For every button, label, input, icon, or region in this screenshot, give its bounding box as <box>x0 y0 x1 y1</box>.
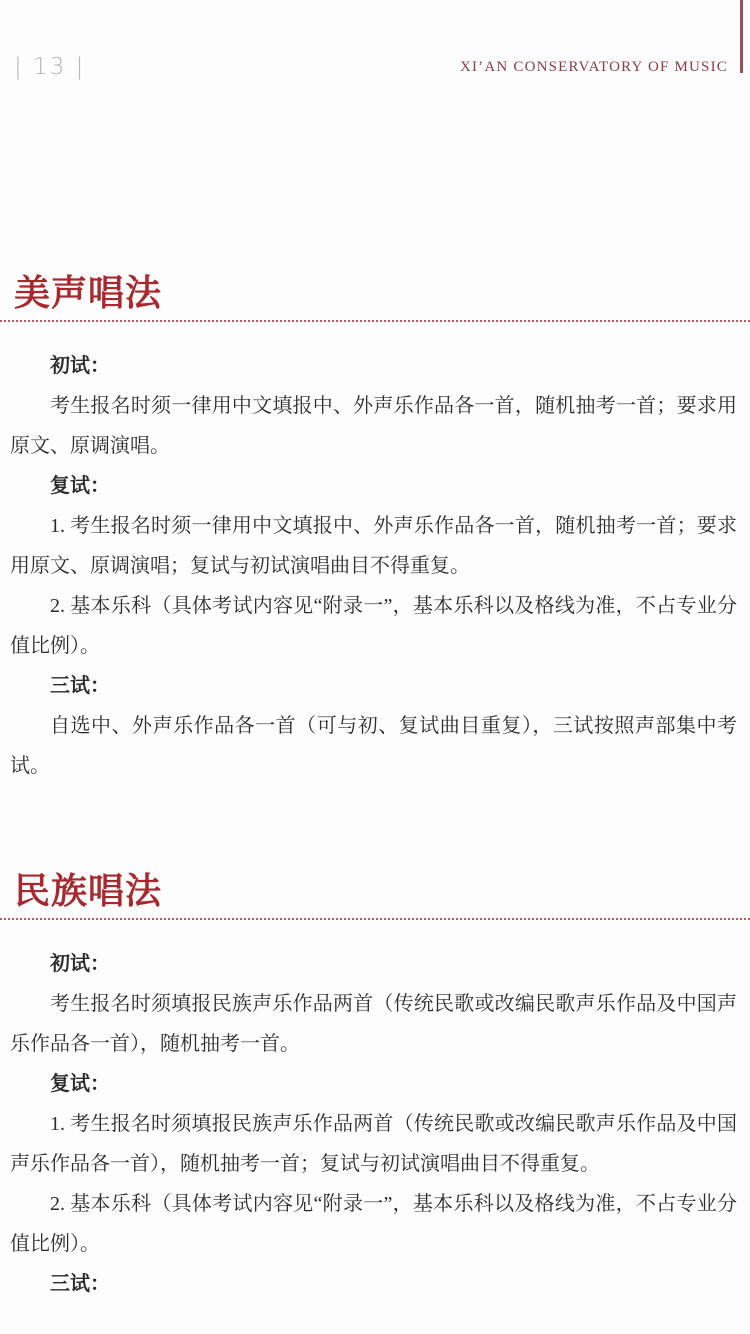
section-bel-canto: 美声唱法 初试： 考生报名时须一律用中文填报中、外声乐作品各一首，随机抽考一首；… <box>0 272 750 786</box>
paragraph: 2. 基本乐科（具体考试内容见“附录一”，基本乐科以及格线为准，不占专业分值比例… <box>10 586 737 666</box>
document-page: { "header": { "page_number": "| 13 |", "… <box>0 0 750 1334</box>
section-heading-block: 美声唱法 <box>0 272 750 322</box>
paragraph: 考生报名时须填报民族声乐作品两首（传统民歌或改编民歌声乐作品及中国声乐作品各一首… <box>10 984 737 1064</box>
paragraph: 1. 考生报名时须填报民族声乐作品两首（传统民歌或改编民歌声乐作品及中国声乐作品… <box>10 1104 737 1184</box>
page-content: 美声唱法 初试： 考生报名时须一律用中文填报中、外声乐作品各一首，随机抽考一首；… <box>0 272 750 1304</box>
section-body-bel-canto: 初试： 考生报名时须一律用中文填报中、外声乐作品各一首，随机抽考一首；要求用原文… <box>0 346 750 786</box>
paragraph: 自选中、外声乐作品各一首（可与初、复试曲目重复），三试按照声部集中考试。 <box>10 706 737 786</box>
round-label-second: 复试： <box>10 1064 737 1104</box>
page-header: | 13 | XI’AN CONSERVATORY OF MUSIC <box>0 0 750 90</box>
paragraph: 考生报名时须一律用中文填报中、外声乐作品各一首，随机抽考一首；要求用原文、原调演… <box>10 386 737 466</box>
section-title-bel-canto: 美声唱法 <box>14 272 750 314</box>
conservatory-brand-text: XI’AN CONSERVATORY OF MUSIC <box>460 59 728 76</box>
round-label-third: 三试： <box>10 666 737 706</box>
section-heading-block: 民族唱法 <box>0 870 750 920</box>
page-number: | 13 | <box>14 54 85 80</box>
section-body-folk: 初试： 考生报名时须填报民族声乐作品两首（传统民歌或改编民歌声乐作品及中国声乐作… <box>0 944 750 1304</box>
round-label-second: 复试： <box>10 466 737 506</box>
round-label-first: 初试： <box>10 346 737 386</box>
paragraph: 1. 考生报名时须一律用中文填报中、外声乐作品各一首，随机抽考一首；要求用原文、… <box>10 506 737 586</box>
section-folk-vocal: 民族唱法 初试： 考生报名时须填报民族声乐作品两首（传统民歌或改编民歌声乐作品及… <box>0 870 750 1304</box>
round-label-third: 三试： <box>10 1264 737 1304</box>
round-label-first: 初试： <box>10 944 737 984</box>
corner-accent-bar <box>740 0 743 73</box>
section-title-folk: 民族唱法 <box>14 870 750 912</box>
paragraph: 2. 基本乐科（具体考试内容见“附录一”，基本乐科以及格线为准，不占专业分值比例… <box>10 1184 737 1264</box>
